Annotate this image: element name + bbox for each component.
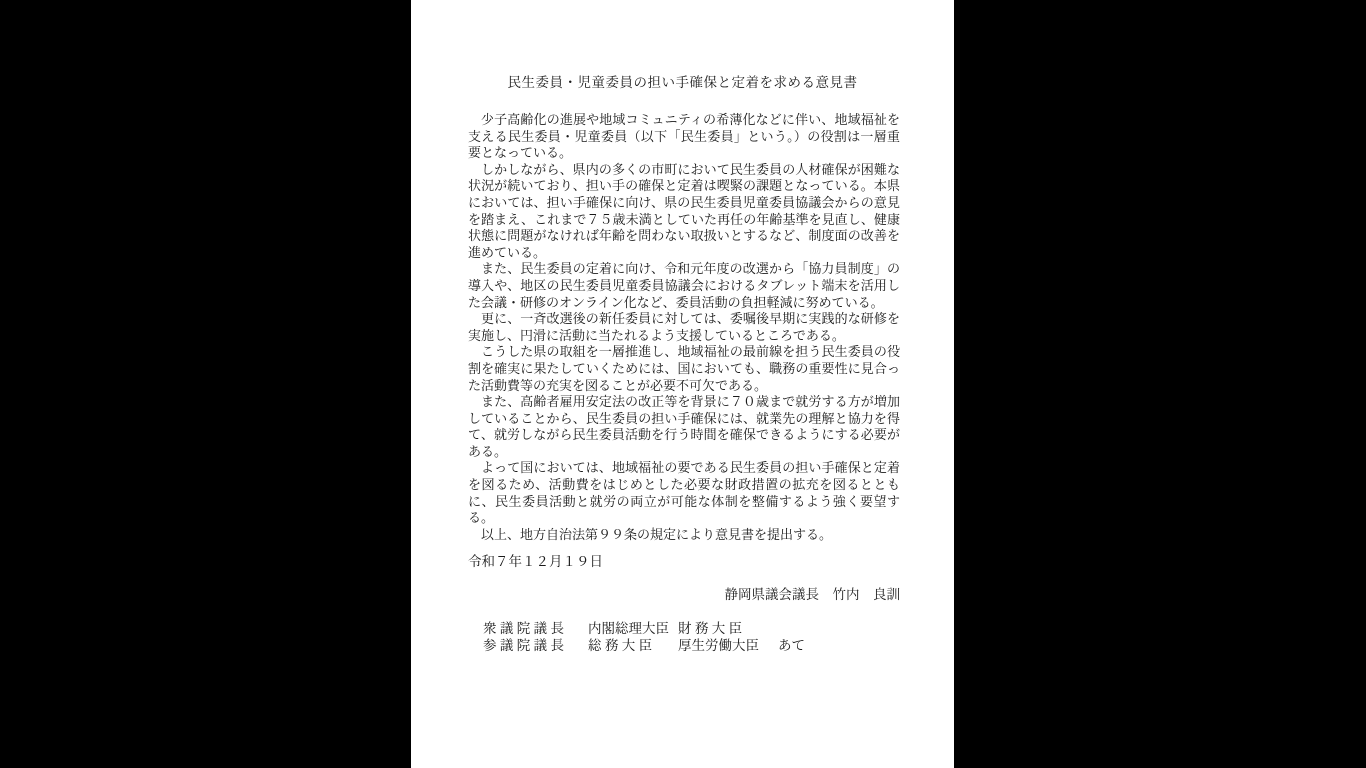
document-date: 令和７年１２月１９日 bbox=[468, 553, 900, 570]
paragraph-4: 更に、一斉改選後の新任委員に対しては、委嘱後早期に実践的な研修を実施し、円滑に活… bbox=[468, 311, 900, 344]
paragraph-3: また、民生委員の定着に向け、令和元年度の改選から「協力員制度」の導入や、地区の民… bbox=[468, 261, 900, 311]
document-body: 少子高齢化の進展や地域コミュニティの希薄化などに伴い、地域福祉を支える民生委員・… bbox=[468, 112, 900, 543]
paragraph-6: また、高齢者雇用安定法の改正等を背景に７０歳まで就労する方が増加していることから… bbox=[468, 394, 900, 460]
signature-line: 静岡県議会議長 竹内 良訓 bbox=[468, 586, 900, 603]
paragraph-7: よって国においては、地域福祉の要である民生委員の担い手確保と定着を図るため、活動… bbox=[468, 460, 900, 526]
addressee-row-2: 参 議 院 議 長 総 務 大 臣 厚生労働大臣 あて bbox=[483, 637, 954, 654]
paragraph-8: 以上、地方自治法第９９条の規定により意見書を提出する。 bbox=[468, 527, 900, 544]
document-page: 民生委員・児童委員の担い手確保と定着を求める意見書 少子高齢化の進展や地域コミュ… bbox=[411, 0, 954, 768]
paragraph-2: しかしながら、県内の多くの市町において民生委員の人材確保が困難な状況が続いており… bbox=[468, 162, 900, 262]
addressee-row-1: 衆 議 院 議 長 内閣総理大臣 財 務 大 臣 bbox=[483, 620, 954, 637]
screen: { "page": { "background_color": "#000000… bbox=[0, 0, 1366, 768]
addressee-block: 衆 議 院 議 長 内閣総理大臣 財 務 大 臣 参 議 院 議 長 総 務 大… bbox=[483, 620, 954, 654]
addressee-name: 参 議 院 議 長 bbox=[483, 637, 588, 654]
addressee-name: 総 務 大 臣 bbox=[588, 637, 678, 654]
addressee-name: 財 務 大 臣 bbox=[678, 620, 778, 637]
addressee-suffix: あて bbox=[778, 637, 805, 654]
addressee-name: 衆 議 院 議 長 bbox=[483, 620, 588, 637]
addressee-name: 厚生労働大臣 bbox=[678, 637, 778, 654]
paragraph-5: こうした県の取組を一層推進し、地域福祉の最前線を担う民生委員の役割を確実に果たし… bbox=[468, 344, 900, 394]
paragraph-1: 少子高齢化の進展や地域コミュニティの希薄化などに伴い、地域福祉を支える民生委員・… bbox=[468, 112, 900, 162]
addressee-name: 内閣総理大臣 bbox=[588, 620, 678, 637]
document-title: 民生委員・児童委員の担い手確保と定着を求める意見書 bbox=[411, 74, 954, 91]
